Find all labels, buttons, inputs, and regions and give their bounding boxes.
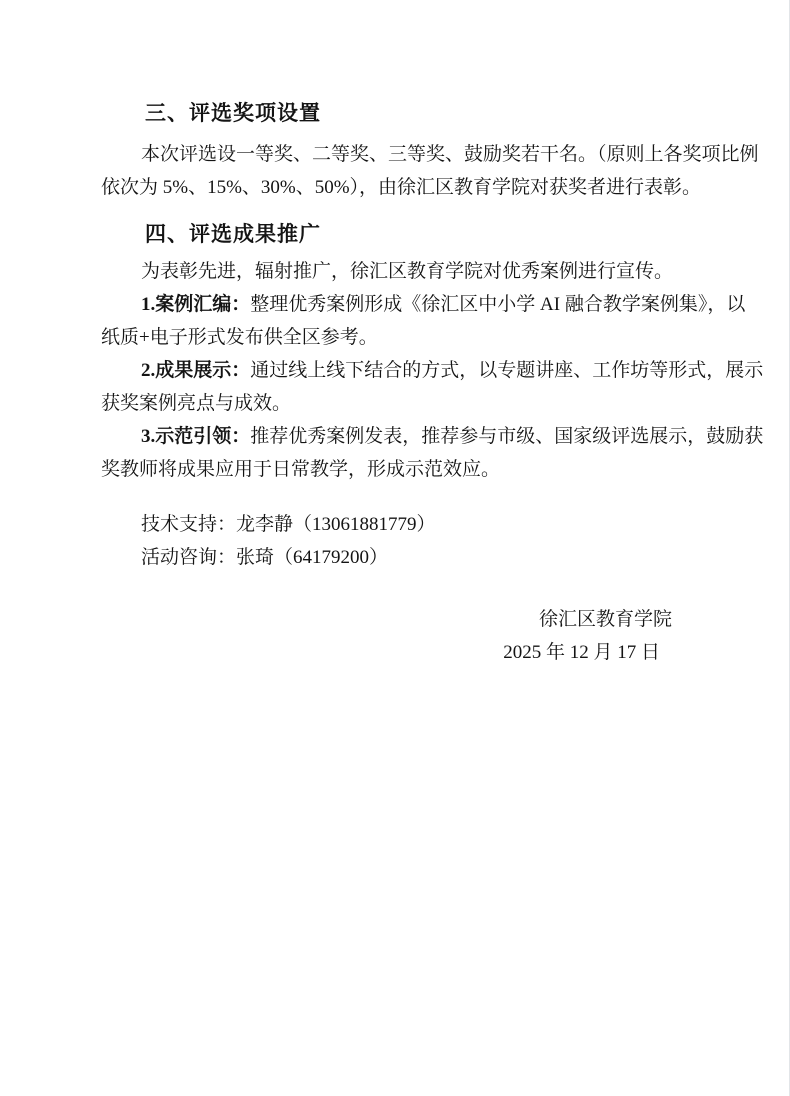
- promotion-item-2-label: 2.成果展示：: [141, 360, 250, 381]
- promotion-item-1-line-2: 纸质+电子形式发布供全区参考。: [101, 321, 689, 354]
- contact-tech-support: 技术支持：龙李静（13061881779）: [101, 508, 689, 541]
- document-page: 三、评选奖项设置 本次评选设一等奖、二等奖、三等奖、鼓励奖若干名。（原则上各奖项…: [0, 0, 790, 1096]
- awards-paragraph-line-2: 依次为 5%、15%、30%、50%），由徐汇区教育学院对获奖者进行表彰。: [101, 171, 689, 204]
- document-content: 三、评选奖项设置 本次评选设一等奖、二等奖、三等奖、鼓励奖若干名。（原则上各奖项…: [0, 0, 789, 669]
- promotion-item-3-text: 推荐优秀案例发表，推荐参与市级、国家级评选展示，鼓励获: [250, 426, 763, 447]
- signature-organization: 徐汇区教育学院: [101, 603, 689, 636]
- promotion-item-2-line-1: 2.成果展示：通过线上线下结合的方式，以专题讲座、工作坊等形式，展示: [101, 354, 689, 387]
- signature-date: 2025 年 12 月 17 日: [101, 636, 689, 669]
- promotion-item-1-text: 整理优秀案例形成《徐汇区中小学 AI 融合教学案例集》，以: [250, 294, 745, 315]
- promotion-item-1-line-1: 1.案例汇编：整理优秀案例形成《徐汇区中小学 AI 融合教学案例集》，以: [101, 288, 689, 321]
- promotion-item-3-label: 3.示范引领：: [141, 426, 250, 447]
- signature-block: 徐汇区教育学院 2025 年 12 月 17 日: [101, 603, 689, 669]
- promotion-item-2-text: 通过线上线下结合的方式，以专题讲座、工作坊等形式，展示: [250, 360, 763, 381]
- promotion-intro-line: 为表彰先进，辐射推广，徐汇区教育学院对优秀案例进行宣传。: [101, 255, 689, 288]
- contacts-block: 技术支持：龙李静（13061881779） 活动咨询：张琦（64179200）: [101, 508, 689, 574]
- awards-paragraph-line-1: 本次评选设一等奖、二等奖、三等奖、鼓励奖若干名。（原则上各奖项比例: [101, 138, 689, 171]
- promotion-item-3-line-2: 奖教师将成果应用于日常教学，形成示范效应。: [101, 453, 689, 486]
- section-heading-promotion: 四、评选成果推广: [101, 218, 689, 251]
- promotion-item-3-line-1: 3.示范引领：推荐优秀案例发表，推荐参与市级、国家级评选展示，鼓励获: [101, 420, 689, 453]
- promotion-item-2-line-2: 获奖案例亮点与成效。: [101, 387, 689, 420]
- contact-inquiry: 活动咨询：张琦（64179200）: [101, 541, 689, 574]
- section-heading-awards: 三、评选奖项设置: [101, 97, 689, 130]
- promotion-item-1-label: 1.案例汇编：: [141, 294, 250, 315]
